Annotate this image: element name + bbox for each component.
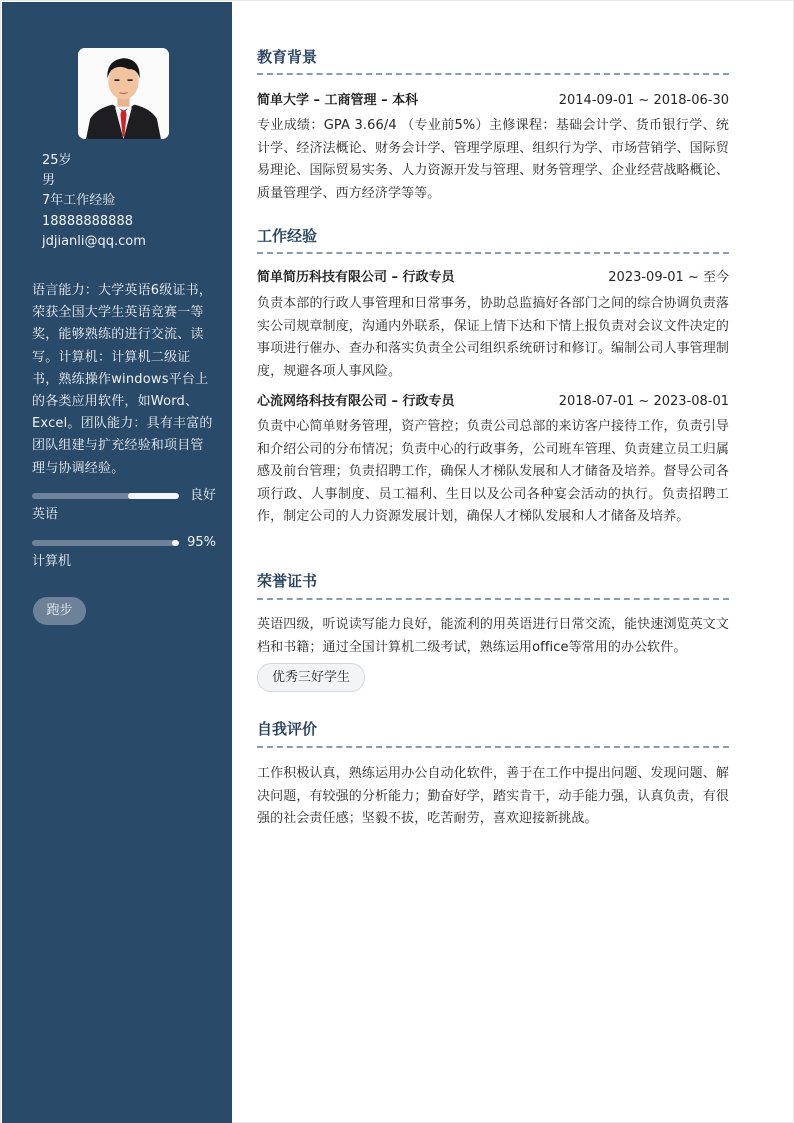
age: 25岁 xyxy=(42,151,146,171)
progress-fill xyxy=(172,540,179,546)
section-title-work: 工作经验 xyxy=(257,226,317,246)
skill-label: 计算机 xyxy=(32,553,71,571)
date-range: 2018-07-01 ~ 2023-08-01 xyxy=(559,392,729,412)
date-range: 2014-09-01 ~ 2018-06-30 xyxy=(559,91,729,111)
education-entry-header: 简单大学 – 工商管理 – 本科 2014-09-01 ~ 2018-06-30 xyxy=(257,91,729,111)
work-description: 负责中心简单财务管理，资产管控；负责公司总部的来访客户接待工作，负责引导和介绍公… xyxy=(257,416,729,529)
work-description: 负责本部的行政人事管理和日常事务，协助总监搞好各部门之间的综合协调负责落实公司规… xyxy=(257,293,729,383)
work-years: 7年工作经验 xyxy=(42,191,146,211)
progress-track xyxy=(32,540,179,546)
section-divider xyxy=(257,746,729,748)
skills-description: 语言能力：大学英语6级证书，荣获全国大学生英语竞赛一等奖，能够熟练的进行交流、读… xyxy=(32,280,214,480)
self-evaluation-description: 工作积极认真，熟练运用办公自动化软件，善于在工作中提出问题、发现问题、解决问题，… xyxy=(257,763,729,831)
profile-photo xyxy=(78,48,169,139)
sidebar: 25岁 男 7年工作经验 18888888888 jdjianli@qq.com… xyxy=(2,2,232,1123)
section-title-self-evaluation: 自我评价 xyxy=(257,719,317,739)
honor-tag: 优秀三好学生 xyxy=(257,663,365,692)
avatar-illustration-icon xyxy=(78,48,169,139)
resume-page: 25岁 男 7年工作经验 18888888888 jdjianli@qq.com… xyxy=(0,0,794,1123)
skill-level: 95% xyxy=(187,534,216,552)
work-entry-header: 心流网络科技有限公司 – 行政专员 2018-07-01 ~ 2023-08-0… xyxy=(257,392,729,412)
skill-bar-computer: 95% xyxy=(32,534,216,554)
phone: 18888888888 xyxy=(42,212,146,232)
honors-description: 英语四级，听说读写能力良好，能流利的用英语进行日常交流，能快速浏览英文文档和书籍… xyxy=(257,614,729,659)
section-title-honors: 荣誉证书 xyxy=(257,571,317,591)
section-title-education: 教育背景 xyxy=(257,47,317,67)
gender: 男 xyxy=(42,171,146,191)
date-range: 2023-09-01 ~ 至今 xyxy=(608,268,729,288)
section-divider xyxy=(257,73,729,75)
hobby-tag: 跑步 xyxy=(33,597,86,625)
progress-track xyxy=(32,493,179,499)
skill-bar-english: 良好 xyxy=(32,487,216,507)
company-position: 简单简历科技有限公司 – 行政专员 xyxy=(257,268,455,288)
school-major-degree: 简单大学 – 工商管理 – 本科 xyxy=(257,91,418,111)
basic-info: 25岁 男 7年工作经验 18888888888 jdjianli@qq.com xyxy=(42,151,146,252)
work-entry-header: 简单简历科技有限公司 – 行政专员 2023-09-01 ~ 至今 xyxy=(257,268,729,288)
section-divider xyxy=(257,598,729,600)
company-position: 心流网络科技有限公司 – 行政专员 xyxy=(257,392,455,412)
education-description: 专业成绩：GPA 3.66/4 （专业前5%）主修课程：基础会计学、货币银行学、… xyxy=(257,115,729,205)
progress-fill xyxy=(128,493,179,499)
section-divider xyxy=(257,252,729,254)
skill-level: 良好 xyxy=(190,487,216,505)
skill-label: 英语 xyxy=(32,506,58,524)
email: jdjianli@qq.com xyxy=(42,232,146,252)
